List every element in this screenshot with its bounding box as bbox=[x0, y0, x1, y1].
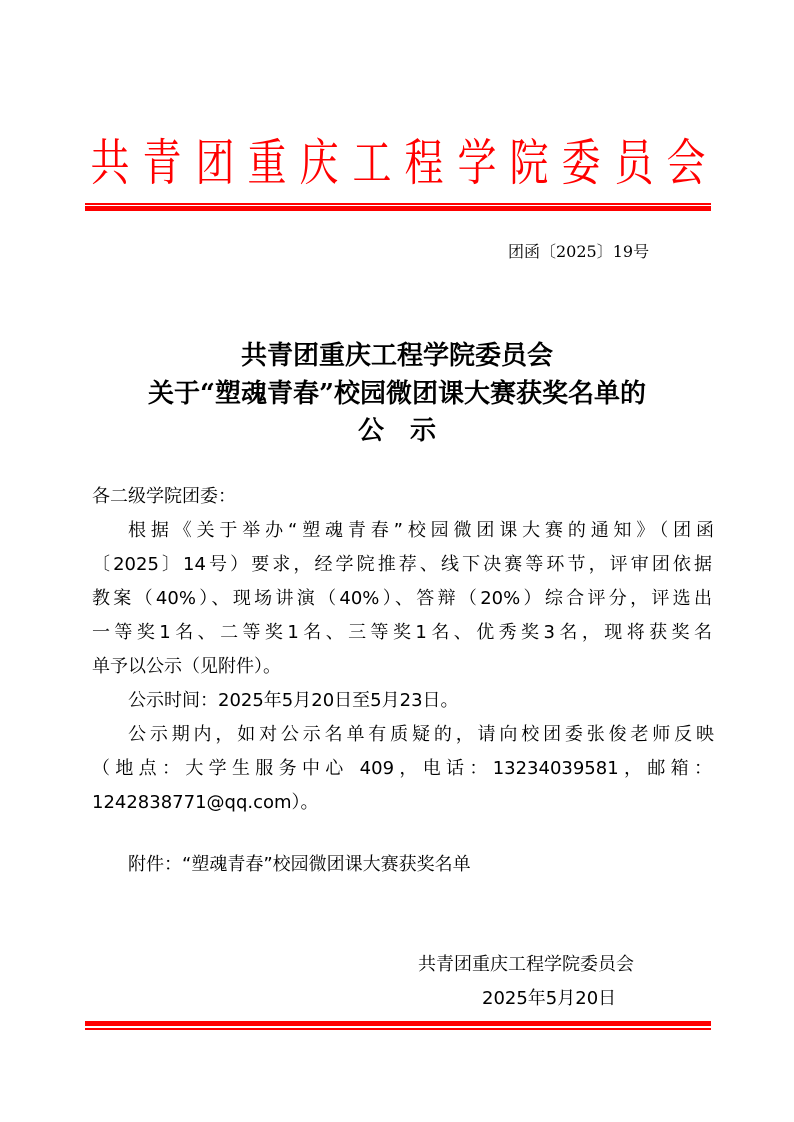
masthead-char: 工 bbox=[352, 128, 391, 198]
title-line-2: 关于“塑魂青春”校园微团课大赛获奖名单的 bbox=[0, 377, 794, 411]
masthead-char: 青 bbox=[143, 128, 182, 198]
masthead-char: 会 bbox=[666, 128, 705, 198]
masthead-char: 团 bbox=[195, 128, 234, 198]
para3-line: （地点：大学生服务中心 409，电话：13234039581，邮箱： bbox=[92, 752, 712, 786]
masthead-char: 共 bbox=[91, 128, 130, 198]
title-line-1: 共青团重庆工程学院委员会 bbox=[0, 339, 794, 373]
masthead-title: 共 青 团 重 庆 工 程 学 院 委 员 会 bbox=[85, 128, 711, 198]
para1-line: 教案（40%）、现场讲演（40%）、答辩（20%）综合评分，评选出 bbox=[92, 582, 712, 616]
masthead-char: 院 bbox=[509, 128, 548, 198]
para3-line: 公示期内，如对公示名单有质疑的，请向校团委张俊老师反映 bbox=[128, 718, 714, 752]
bottom-rule-thin bbox=[85, 1028, 711, 1030]
masthead-char: 学 bbox=[457, 128, 496, 198]
salutation: 各二级学院团委： bbox=[92, 480, 236, 514]
document-number: 团函〔2025〕19号 bbox=[508, 240, 649, 264]
bottom-rule-thick bbox=[85, 1021, 711, 1026]
masthead-char: 重 bbox=[248, 128, 287, 198]
masthead-char: 委 bbox=[562, 128, 601, 198]
attachment-note: 附件：“塑魂青春”校园微团课大赛获奖名单 bbox=[128, 848, 471, 882]
para1-line: 单予以公示（见附件）。 bbox=[92, 650, 281, 684]
contact-email: 1242838771@qq.com）。 bbox=[92, 786, 319, 820]
top-rule-thin bbox=[85, 203, 711, 205]
title-line-3: 公 示 bbox=[0, 414, 794, 448]
para1-line: 〔2025〕14号）要求，经学院推荐、线下决赛等环节，评审团依据 bbox=[92, 548, 712, 582]
para1-line: 一等奖1名、二等奖1名、三等奖1名、优秀奖3名，现将获奖名 bbox=[92, 616, 712, 650]
signature-date: 2025年5月20日 bbox=[482, 984, 616, 1014]
para1-line: 根据《关于举办“塑魂青春”校园微团课大赛的通知》（团函 bbox=[128, 514, 714, 548]
masthead-char: 庆 bbox=[300, 128, 339, 198]
masthead-char: 员 bbox=[614, 128, 653, 198]
publicity-period: 公示时间：2025年5月20日至5月23日。 bbox=[128, 684, 459, 718]
top-rule-thick bbox=[85, 206, 711, 211]
masthead-char: 程 bbox=[405, 128, 444, 198]
signature-org: 共青团重庆工程学院委员会 bbox=[418, 950, 634, 980]
